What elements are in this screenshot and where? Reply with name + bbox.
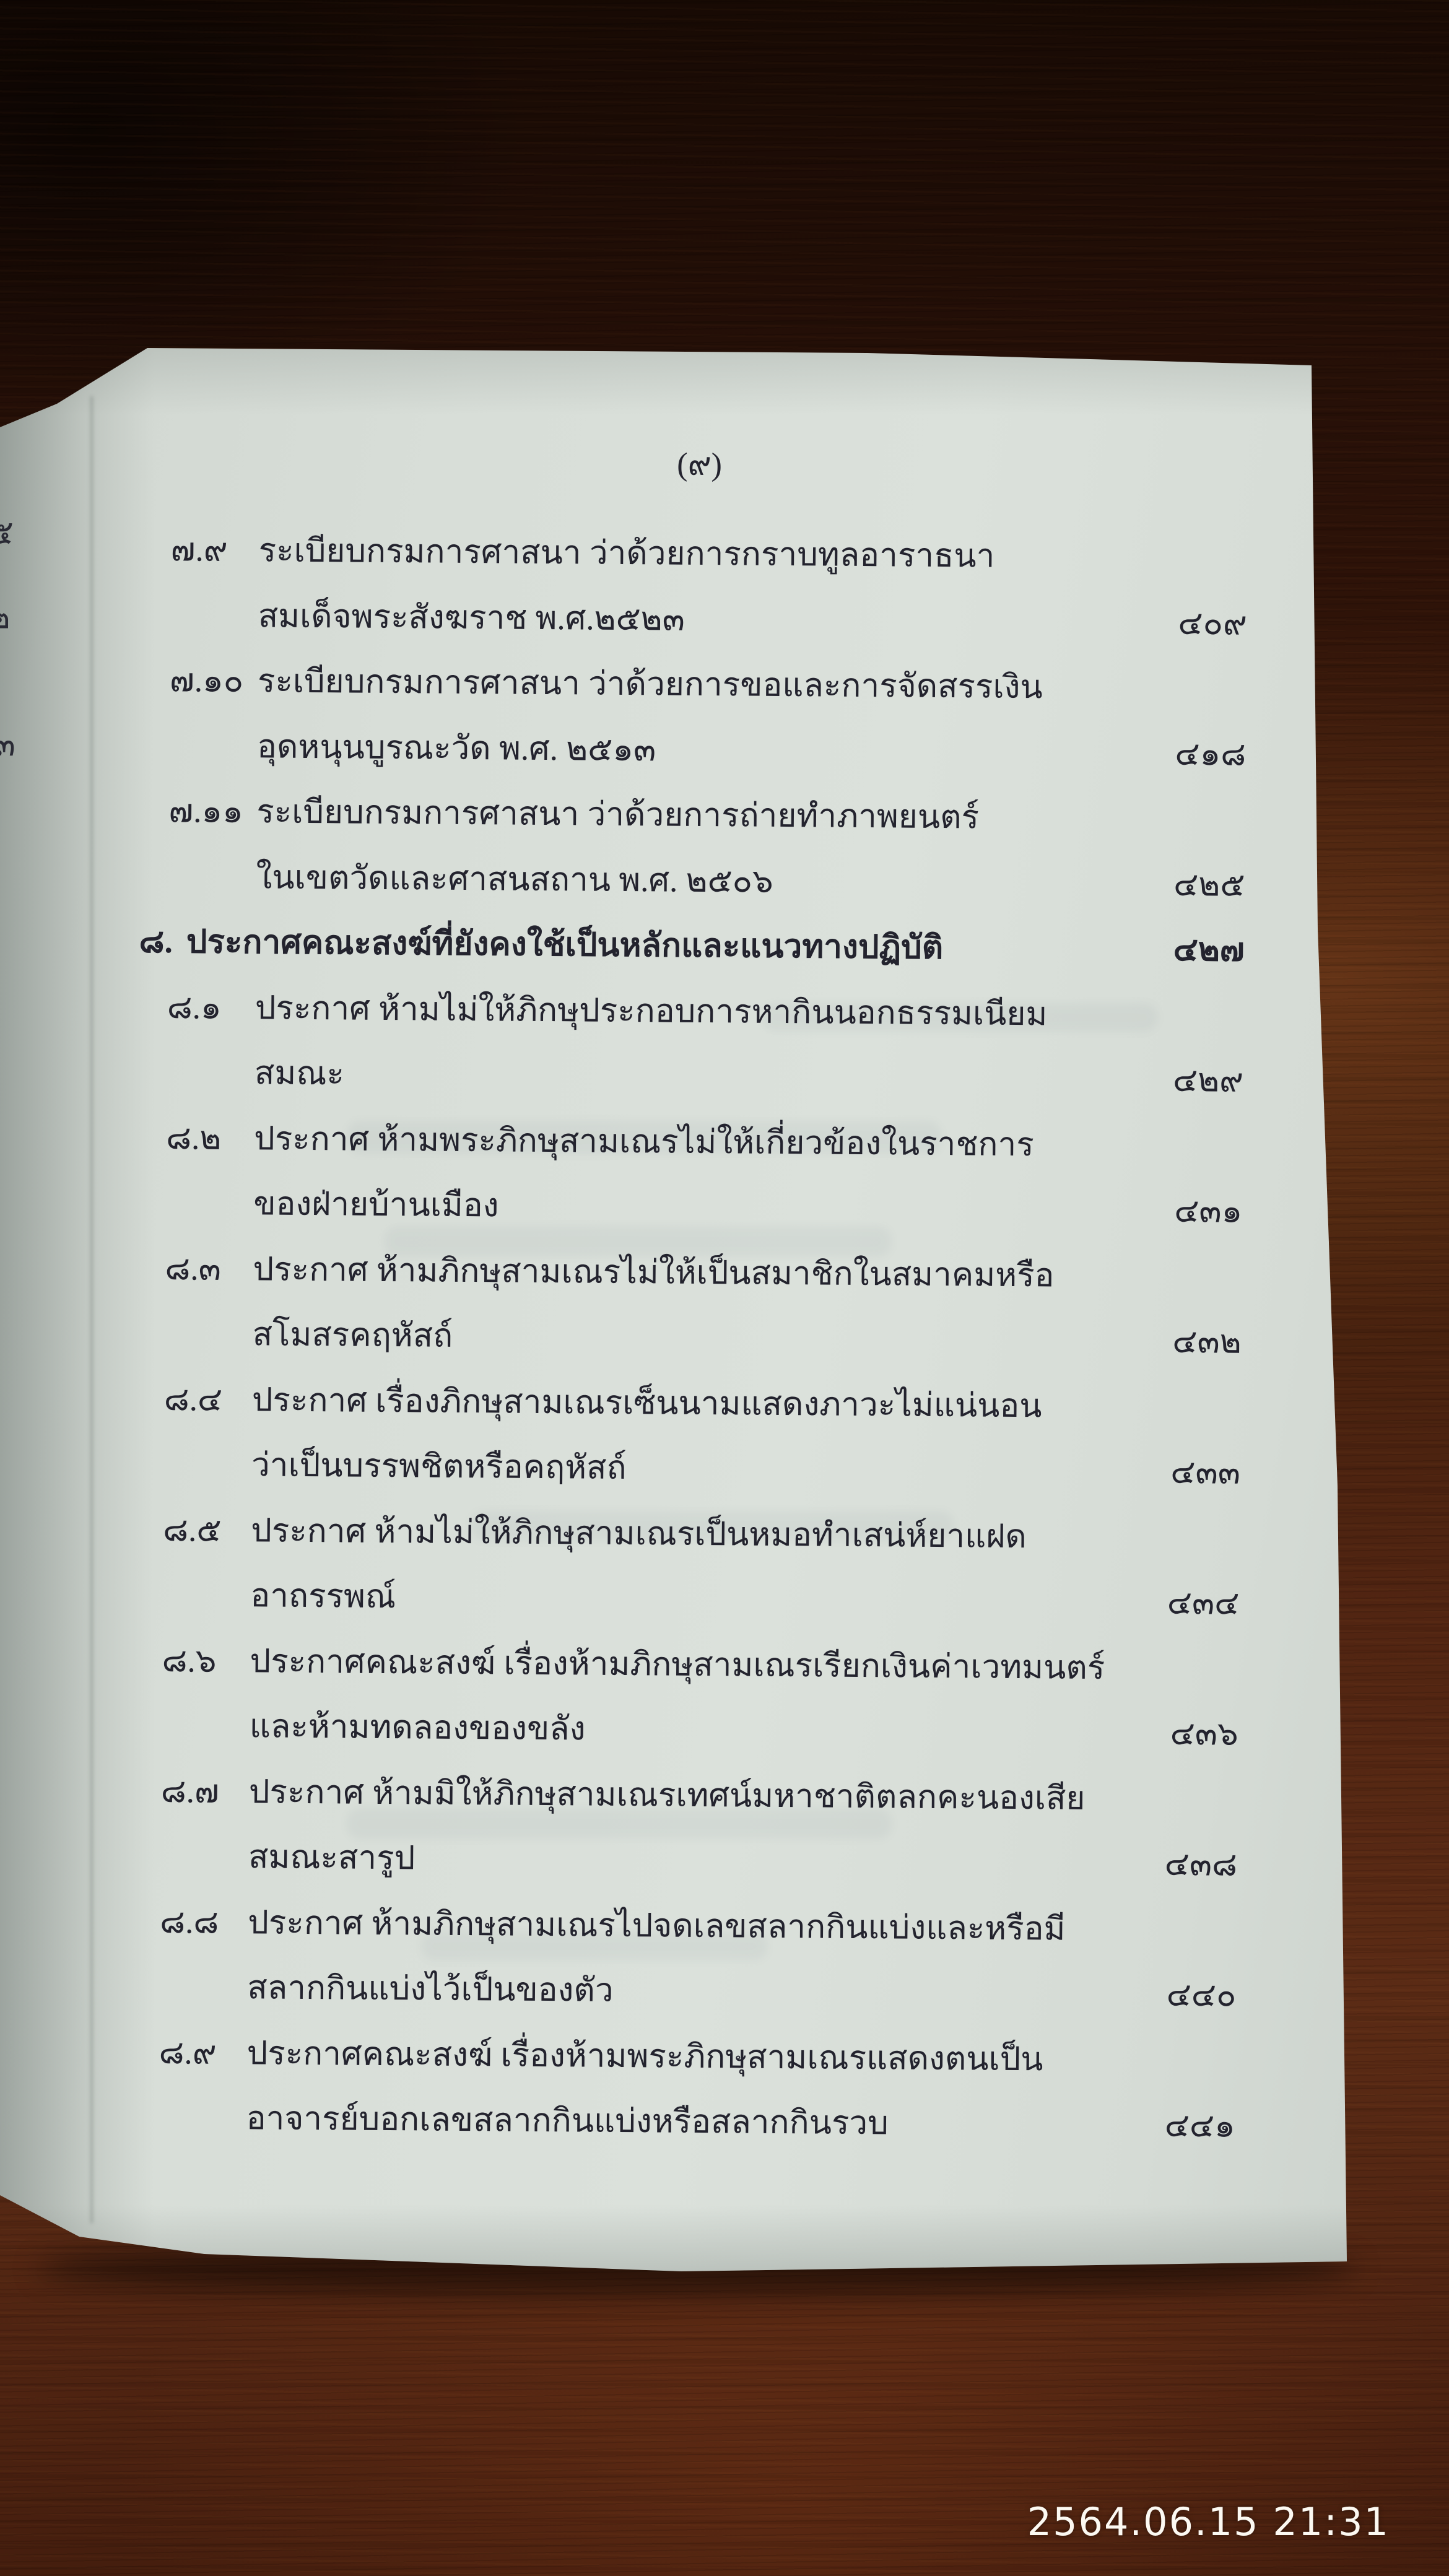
toc-page-number: [1147, 1511, 1240, 1512]
toc-page-number: [1151, 988, 1244, 989]
toc-page-number: [1155, 531, 1248, 532]
toc-row: สโมสรคฤหัสถ์ ๔๓๒: [148, 1307, 1242, 1381]
toc-item-title: ประกาศคณะสงฆ์ เรื่องห้ามพระภิกษุสามเณรแส…: [246, 2027, 1134, 2086]
toc-item-title: ระเบียบกรมการศาสนา ว่าด้วยการกราบทูลอารา…: [258, 524, 1146, 583]
toc-row: ๘.๘ ประกาศ ห้ามภิกษุสามเณรไปจดเลขสลากกิน…: [144, 1895, 1237, 1969]
toc-item-title: สโมสรคฤหัสถ์: [252, 1308, 1140, 1367]
toc-item-number: [152, 850, 256, 850]
page-number-heading: (๙): [154, 433, 1245, 494]
toc-row: สมณะสารูป ๔๓๘: [144, 1830, 1238, 1904]
toc-item-number: ๘.๕: [147, 1503, 251, 1556]
toc-item-number: [142, 2091, 246, 2092]
toc-row: ๘.๔ ประกาศ เรื่องภิกษุสามเณรเซ็นนามแสดงภ…: [147, 1372, 1241, 1446]
toc-item-number: ๘.๖: [146, 1634, 250, 1686]
toc-item-title: อาถรรพณ์: [250, 1569, 1138, 1628]
toc-item-title: ว่าเป็นบรรพชิตหรือคฤหัสถ์: [251, 1438, 1139, 1497]
toc-row: ๗.๑๐ ระเบียบกรมการศาสนา ว่าด้วยการขอและก…: [154, 654, 1247, 728]
toc-item-number: ๘.๗: [145, 1764, 250, 1817]
toc-page-number: ๔๓๖: [1145, 1707, 1238, 1760]
toc-item-title: และห้ามทดลองของขลัง: [249, 1700, 1137, 1759]
toc-page-number: [1148, 1380, 1241, 1381]
toc-item-title: อุดหนุนบูรณะวัด พ.ศ. ๒๕๑๓: [257, 720, 1145, 779]
toc-item-number: ๘.๔: [148, 1372, 253, 1425]
toc-item-number: [147, 1569, 251, 1569]
toc-item-title: สมณะ: [255, 1046, 1142, 1105]
toc-page-number: ๔๔๑: [1142, 2099, 1235, 2152]
toc-item-number: ๗.๑๑: [152, 785, 257, 837]
toc-row: ๗.๙ ระเบียบกรมการศาสนา ว่าด้วยการกราบทูล…: [154, 523, 1248, 597]
toc-item-number: [154, 588, 258, 589]
toc-item-title: ประกาศ เรื่องภิกษุสามเณรเซ็นนามแสดงภาวะไ…: [252, 1373, 1140, 1432]
toc-item-title: ระเบียบกรมการศาสนา ว่าด้วยการถ่ายทำภาพยน…: [256, 785, 1144, 844]
toc-item-number: ๗.๑๐: [154, 654, 258, 707]
toc-row: สมณะ ๔๒๙: [150, 1046, 1244, 1120]
left-page-fragment: ๓: [0, 717, 15, 770]
toc-item-number: ๘.๘: [144, 1895, 248, 1947]
toc-page-number: [1144, 1903, 1237, 1904]
toc-page-number: ๔๓๘: [1144, 1838, 1238, 1891]
toc-page-number: [1143, 2034, 1236, 2034]
toc-page-number: ๔๓๔: [1146, 1577, 1240, 1629]
toc-row: ของฝ่ายบ้านเมือง ๔๓๑: [149, 1177, 1243, 1250]
toc-row: ๘.๑ ประกาศ ห้ามไม่ให้ภิกษุประกอบการหากิน…: [150, 980, 1244, 1054]
left-page-fragment: ๐๕: [0, 505, 14, 559]
toc-item-title: ในเขตวัดและศาสนสถาน พ.ศ. ๒๕๐๖: [256, 851, 1144, 910]
toc-item-title: ของฝ่ายบ้านเมือง: [253, 1177, 1141, 1236]
toc-item-title: ประกาศ ห้ามภิกษุสามเณรไม่ให้เป็นสมาชิกใน…: [253, 1243, 1141, 1302]
toc-row: อุดหนุนบูรณะวัด พ.ศ. ๒๕๑๓ ๔๑๘: [153, 719, 1247, 793]
toc-item-title: อาจารย์บอกเลขสลากกินแบ่งหรือสลากกินรวบ: [246, 2092, 1134, 2151]
toc-item-number: [150, 1177, 254, 1177]
toc-row: ๘.๗ ประกาศ ห้ามมิให้ภิกษุสามเณรเทศน์มหาช…: [144, 1764, 1238, 1838]
toc-item-number: ๘.๓: [149, 1242, 253, 1294]
page-gutter-crease: [90, 396, 93, 2223]
toc-row: ๘.๒ ประกาศ ห้ามพระภิกษุสามเณรไม่ให้เกี่ย…: [150, 1111, 1243, 1185]
toc-item-number: ๘.๑: [151, 980, 256, 1033]
toc-page-number: ๔๓๓: [1147, 1446, 1241, 1499]
toc-item-title: ประกาศ ห้ามมิให้ภิกษุสามเณรเทศน์มหาชาติต…: [249, 1765, 1137, 1824]
toc-item-number: ๘.: [139, 915, 173, 967]
toc-item-title: ประกาศ ห้ามพระภิกษุสามเณรไม่ให้เกี่ยวข้อ…: [254, 1112, 1142, 1171]
toc-row: ๘.๙ ประกาศคณะสงฆ์ เรื่องห้ามพระภิกษุสามเ…: [142, 2026, 1236, 2099]
toc-page-number: ๔๓๒: [1148, 1315, 1242, 1368]
toc-item-number: [144, 1830, 248, 1830]
toc-item-title: ประกาศ ห้ามไม่ให้ภิกษุประกอบการหากินนอกธ…: [255, 981, 1143, 1040]
camera-timestamp: 2564.06.15 21:31: [1027, 2499, 1390, 2544]
toc-row: ๘.๓ ประกาศ ห้ามภิกษุสามเณรไม่ให้เป็นสมาช…: [149, 1242, 1242, 1315]
toc-page-number: [1149, 1250, 1242, 1250]
toc-item-number: [144, 1960, 248, 1961]
toc-page-number: [1150, 1119, 1243, 1120]
toc-row: ๘.๕ ประกาศ ห้ามไม่ให้ภิกษุสามเณรเป็นหมอท…: [147, 1503, 1240, 1577]
toc-item-number: [147, 1438, 251, 1438]
toc-row: สลากกินแบ่งไว้เป็นของตัว ๔๔๐: [143, 1960, 1237, 2034]
toc-page-number: ๔๒๙: [1151, 1054, 1244, 1107]
toc-item-number: ๘.๙: [142, 2026, 247, 2078]
toc-page-number: [1146, 1642, 1239, 1642]
toc-item-title: ประกาศ ห้ามไม่ให้ภิกษุสามเณรเป็นหมอทำเสน…: [251, 1504, 1139, 1563]
toc-page-number: ๔๒๗: [1151, 923, 1245, 976]
toc-item-number: ๘.๒: [150, 1111, 255, 1164]
toc-page-number: [1153, 793, 1246, 793]
toc-page-number: ๔๒๕: [1152, 858, 1245, 910]
toc-item-title: สมเด็จพระสังฆราช พ.ศ.๒๕๒๓: [258, 590, 1146, 648]
toc-page-number: ๔๑๘: [1153, 727, 1247, 780]
toc-item-title: สมณะสารูป: [248, 1830, 1136, 1889]
toc-row: อาถรรพณ์ ๔๓๔: [146, 1569, 1240, 1642]
toc-item-number: [154, 719, 258, 720]
toc-item-title: สลากกินแบ่งไว้เป็นของตัว: [247, 1961, 1135, 2020]
toc-item-number: [149, 1307, 253, 1308]
toc-row: และห้ามทดลองของขลัง ๔๓๖: [145, 1699, 1238, 1773]
toc-page-number: [1154, 662, 1247, 663]
toc-item-number: ๗.๙: [154, 523, 259, 576]
toc-row: ๗.๑๑ ระเบียบกรมการศาสนา ว่าด้วยการถ่ายทำ…: [152, 785, 1246, 858]
toc-page-number: [1145, 1772, 1238, 1773]
toc-page-number: ๔๓๑: [1149, 1185, 1243, 1237]
toc-item-title: ระเบียบกรมการศาสนา ว่าด้วยการขอและการจัด…: [258, 655, 1146, 713]
toc-item-title: ประกาศคณะสงฆ์ เรื่องห้ามภิกษุสามเณรเรียก…: [250, 1635, 1138, 1694]
toc-list: ๗.๙ ระเบียบกรมการศาสนา ว่าด้วยการกราบทูล…: [142, 523, 1248, 2165]
toc-page-number: ๔๔๐: [1143, 1969, 1237, 2021]
toc-item-title: ประกาศ ห้ามภิกษุสามเณรไปจดเลขสลากกินแบ่ง…: [248, 1896, 1136, 1955]
left-page-fragment: ๐๒: [0, 590, 11, 643]
toc-row: ๘. ประกาศคณะสงฆ์ที่ยังคงใช้เป็นหลักและแน…: [151, 915, 1245, 989]
toc-item-number: [146, 1699, 250, 1700]
toc-row: ว่าเป็นบรรพชิตหรือคฤหัสถ์ ๔๓๓: [147, 1438, 1241, 1512]
toc-row: ในเขตวัดและศาสนสถาน พ.ศ. ๒๕๐๖ ๔๒๕: [152, 850, 1245, 923]
toc-page-number: ๔๐๙: [1154, 596, 1247, 649]
toc-item-title: ประกาศคณะสงฆ์ที่ยังคงใช้เป็นหลักและแนวทา…: [186, 915, 1143, 975]
toc-item-number: [150, 1046, 255, 1046]
toc-row: สมเด็จพระสังฆราช พ.ศ.๒๕๒๓ ๔๐๙: [154, 588, 1247, 662]
toc-row: ๘.๖ ประกาศคณะสงฆ์ เรื่องห้ามภิกษุสามเณรเ…: [146, 1634, 1239, 1707]
toc-row: อาจารย์บอกเลขสลากกินแบ่งหรือสลากกินรวบ ๔…: [142, 2091, 1235, 2165]
